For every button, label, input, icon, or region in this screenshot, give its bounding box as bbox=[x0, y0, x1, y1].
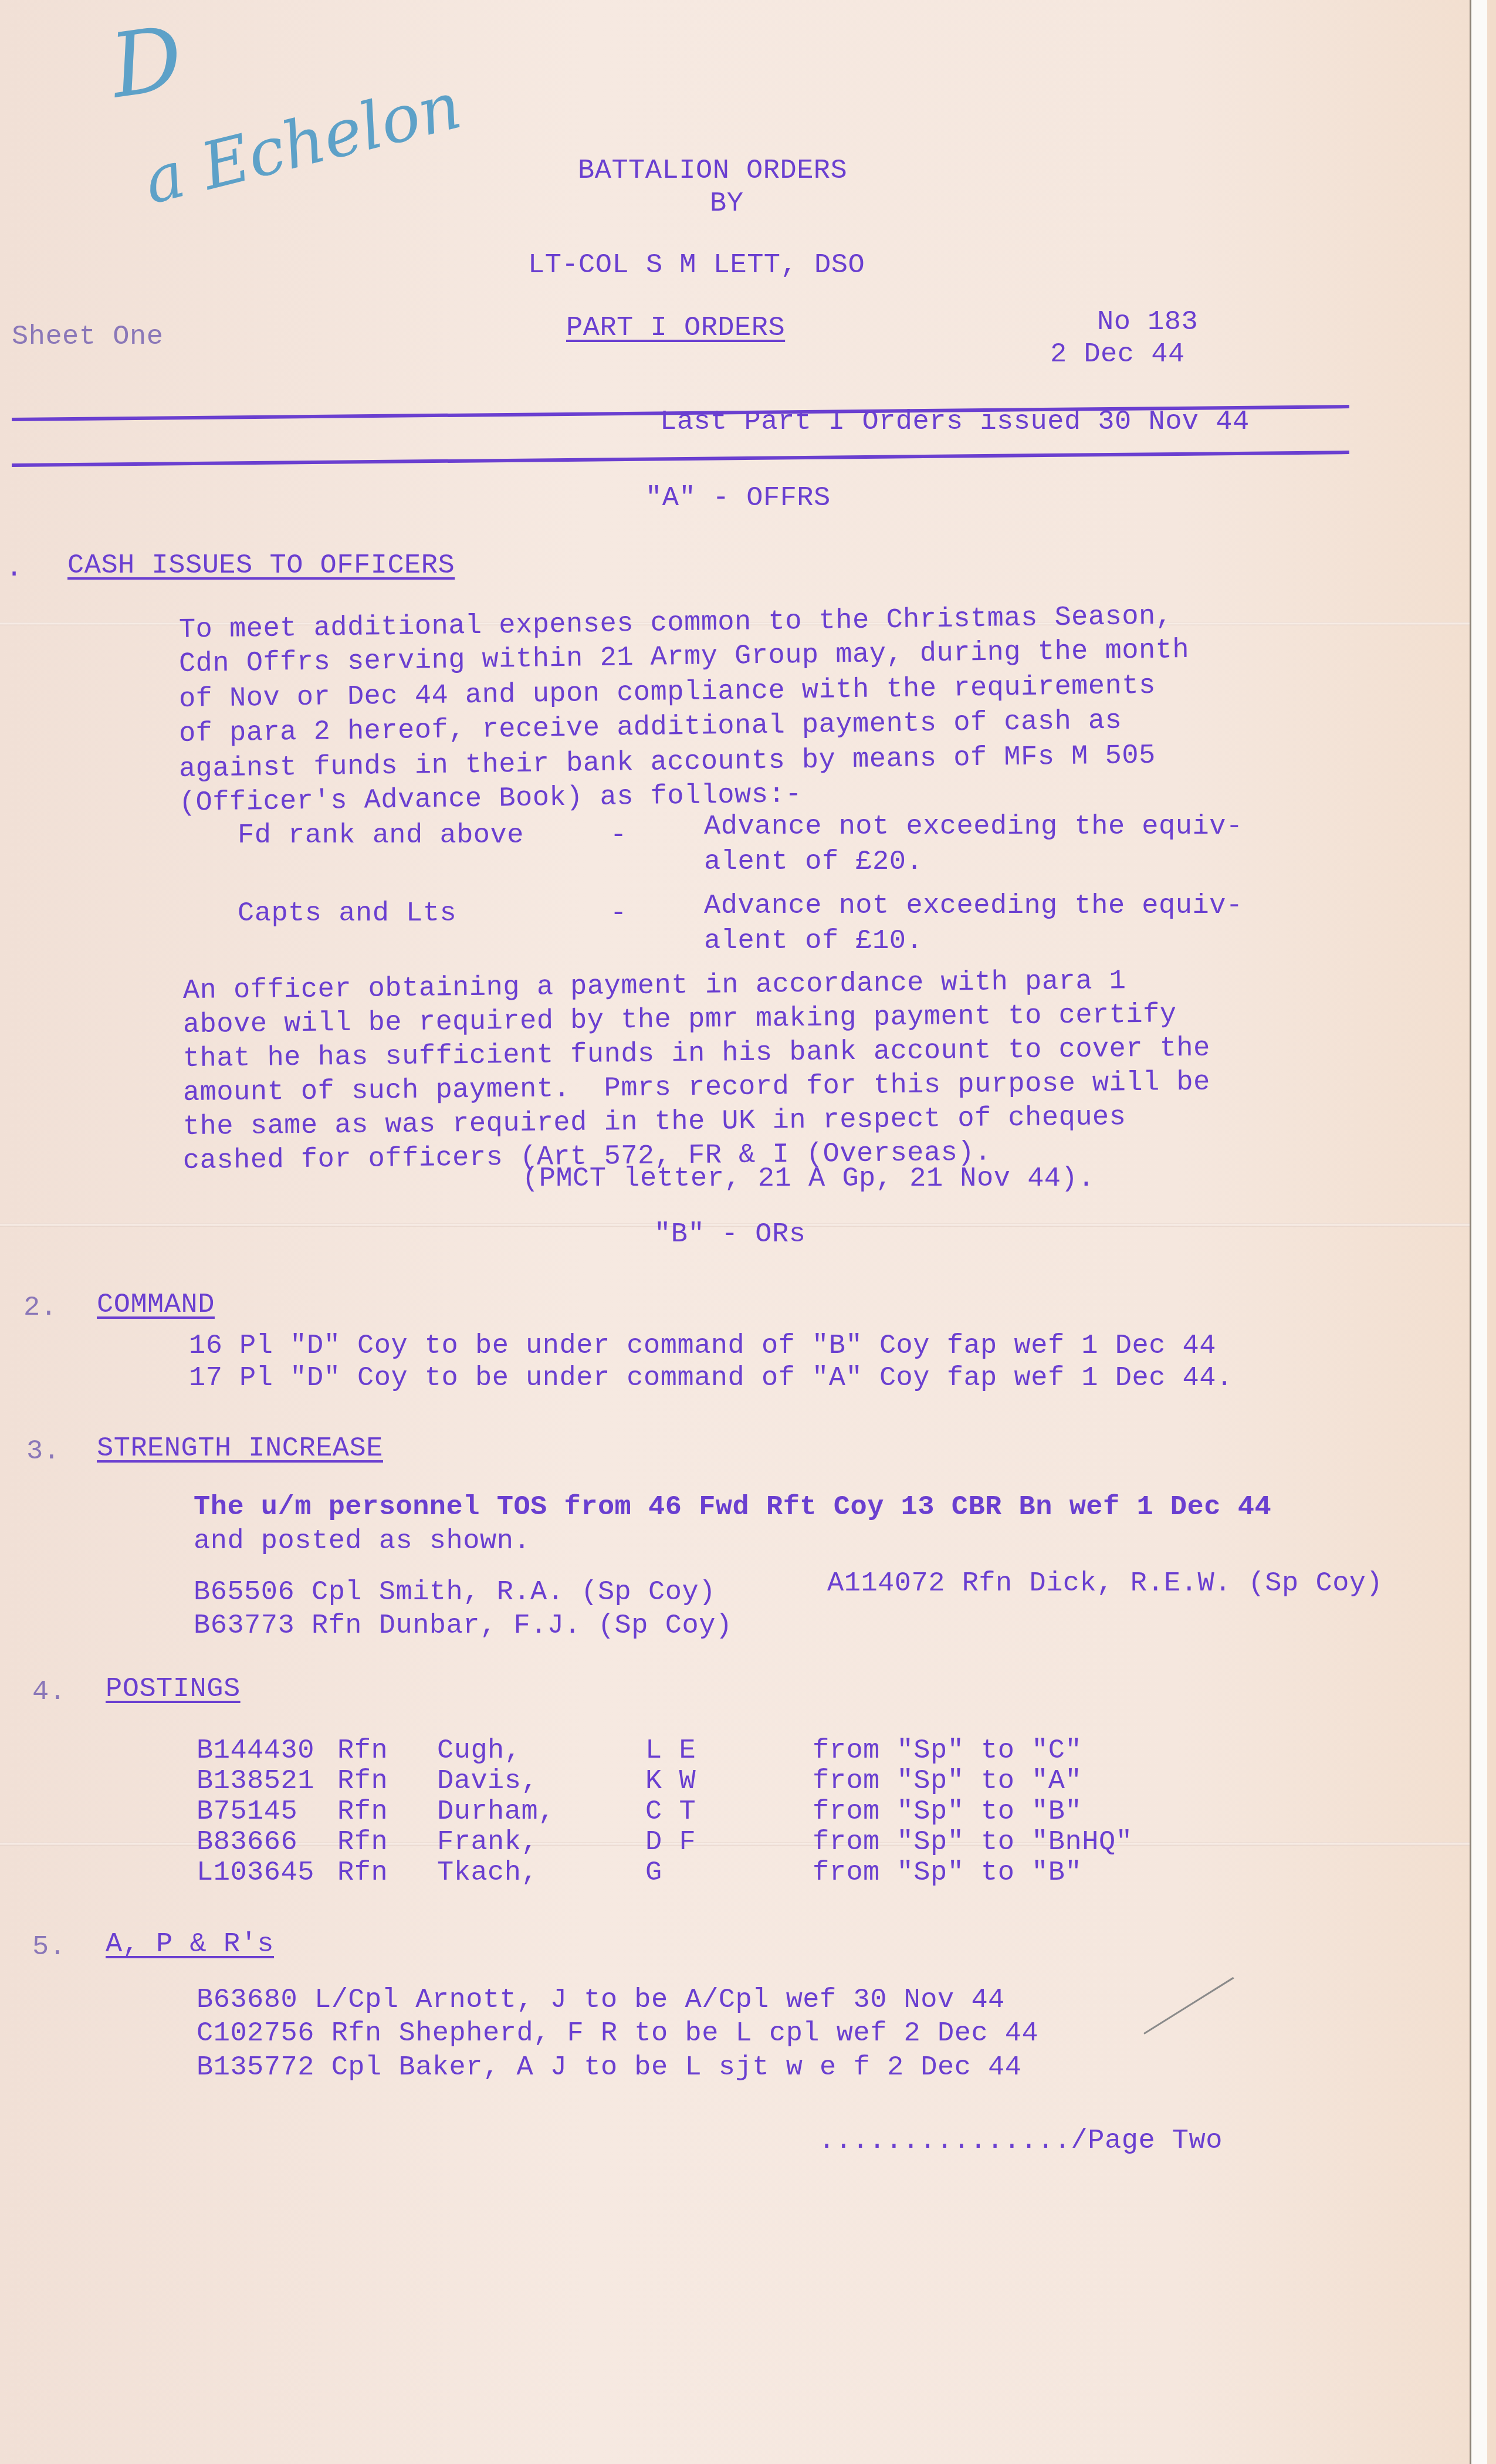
posting-move: from "Sp" to "B" bbox=[813, 1795, 1082, 1830]
posting-move: from "Sp" to "BnHQ" bbox=[813, 1825, 1132, 1860]
posting-initials: C T bbox=[645, 1795, 696, 1830]
order-date: 2 Dec 44 bbox=[1050, 337, 1185, 373]
advance-limit: Advance not exceeding the equiv- bbox=[704, 889, 1243, 924]
posting-rank: Rfn bbox=[337, 1795, 388, 1830]
posting-initials: K W bbox=[645, 1764, 696, 1799]
header-rule-bottom bbox=[12, 451, 1349, 467]
posting-service-number: B83666 bbox=[197, 1825, 297, 1860]
part-title: PART I ORDERS bbox=[566, 311, 785, 346]
posting-name: Cugh, bbox=[437, 1734, 522, 1769]
title-line-1: BATTALION ORDERS bbox=[578, 154, 847, 189]
advance-limit: alent of £10. bbox=[704, 924, 923, 959]
section-b-heading: "B" - ORs bbox=[654, 1217, 805, 1253]
advance-limit: alent of £20. bbox=[704, 845, 923, 880]
posting-move: from "Sp" to "A" bbox=[813, 1764, 1082, 1799]
command-line: 16 Pl "D" Coy to be under command of "B"… bbox=[189, 1329, 1216, 1364]
advance-limit: Advance not exceeding the equiv- bbox=[704, 810, 1243, 845]
posting-service-number: L103645 bbox=[197, 1856, 314, 1891]
personnel-entry: B65506 Cpl Smith, R.A. (Sp Coy) bbox=[194, 1575, 716, 1610]
title-line-2: BY bbox=[710, 187, 743, 222]
posting-rank: Rfn bbox=[337, 1856, 388, 1891]
background-sheet bbox=[1487, 0, 1496, 2464]
personnel-entry: B63773 Rfn Dunbar, F.J. (Sp Coy) bbox=[194, 1609, 733, 1644]
last-issued-note: Last Part I Orders issued 30 Nov 44 bbox=[660, 405, 1250, 440]
posting-service-number: B75145 bbox=[197, 1795, 297, 1830]
handwritten-mark: D bbox=[104, 7, 188, 118]
section-a-heading: "A" - OFFRS bbox=[645, 481, 831, 516]
item-2-title: COMMAND bbox=[97, 1288, 215, 1323]
posting-service-number: B138521 bbox=[197, 1764, 314, 1799]
posting-initials: D F bbox=[645, 1825, 696, 1860]
rank-group: Fd rank and above bbox=[238, 818, 524, 854]
posting-move: from "Sp" to "B" bbox=[813, 1856, 1082, 1891]
posting-name: Tkach, bbox=[437, 1856, 538, 1891]
page-edge bbox=[1470, 0, 1489, 2464]
posting-move: from "Sp" to "C" bbox=[813, 1734, 1082, 1769]
rank-group: Capts and Lts bbox=[238, 896, 456, 932]
item-4-number: 4. bbox=[32, 1675, 66, 1710]
dash: - bbox=[610, 818, 627, 854]
item-5-number: 5. bbox=[32, 1930, 66, 1965]
dash: - bbox=[610, 896, 627, 932]
item-2-number: 2. bbox=[23, 1291, 57, 1326]
continuation-note: .............../Page Two bbox=[818, 2124, 1223, 2159]
posting-initials: G bbox=[645, 1856, 662, 1891]
order-number: No 183 bbox=[1097, 305, 1198, 340]
sheet-label: Sheet One bbox=[12, 320, 163, 355]
item-3-number: 3. bbox=[26, 1434, 60, 1470]
item-1-title: CASH ISSUES TO OFFICERS bbox=[67, 549, 455, 584]
item-1-number: . bbox=[6, 551, 23, 587]
posting-rank: Rfn bbox=[337, 1734, 388, 1769]
posting-rank: Rfn bbox=[337, 1825, 388, 1860]
posting-name: Frank, bbox=[437, 1825, 538, 1860]
posting-rank: Rfn bbox=[337, 1764, 388, 1799]
strength-intro: The u/m personnel TOS from 46 Fwd Rft Co… bbox=[194, 1490, 1271, 1525]
strength-intro: and posted as shown. bbox=[194, 1524, 530, 1559]
document-page: D a Echelon BATTALION ORDERS BY LT-COL S… bbox=[0, 0, 1470, 2464]
command-line: 17 Pl "D" Coy to be under command of "A"… bbox=[189, 1361, 1233, 1396]
item-5-title: A, P & R's bbox=[106, 1927, 274, 1962]
posting-service-number: B144430 bbox=[197, 1734, 314, 1769]
posting-initials: L E bbox=[645, 1734, 696, 1769]
personnel-entry: A114072 Rfn Dick, R.E.W. (Sp Coy) bbox=[827, 1566, 1383, 1602]
appointment-line: B63680 L/Cpl Arnott, J to be A/Cpl wef 3… bbox=[197, 1983, 1005, 2018]
item-3-title: STRENGTH INCREASE bbox=[97, 1431, 383, 1467]
posting-name: Davis, bbox=[437, 1764, 538, 1799]
posting-name: Durham, bbox=[437, 1795, 555, 1830]
appointment-line: C102756 Rfn Shepherd, F R to be L cpl we… bbox=[197, 2016, 1038, 2052]
reference-citation: (PMCT letter, 21 A Gp, 21 Nov 44). bbox=[522, 1162, 1095, 1197]
appointment-line: B135772 Cpl Baker, A J to be L sjt w e f… bbox=[197, 2050, 1022, 2086]
item-4-title: POSTINGS bbox=[106, 1672, 241, 1707]
commander-name: LT-COL S M LETT, DSO bbox=[528, 248, 865, 283]
pencil-tick-mark bbox=[1143, 1977, 1234, 2035]
